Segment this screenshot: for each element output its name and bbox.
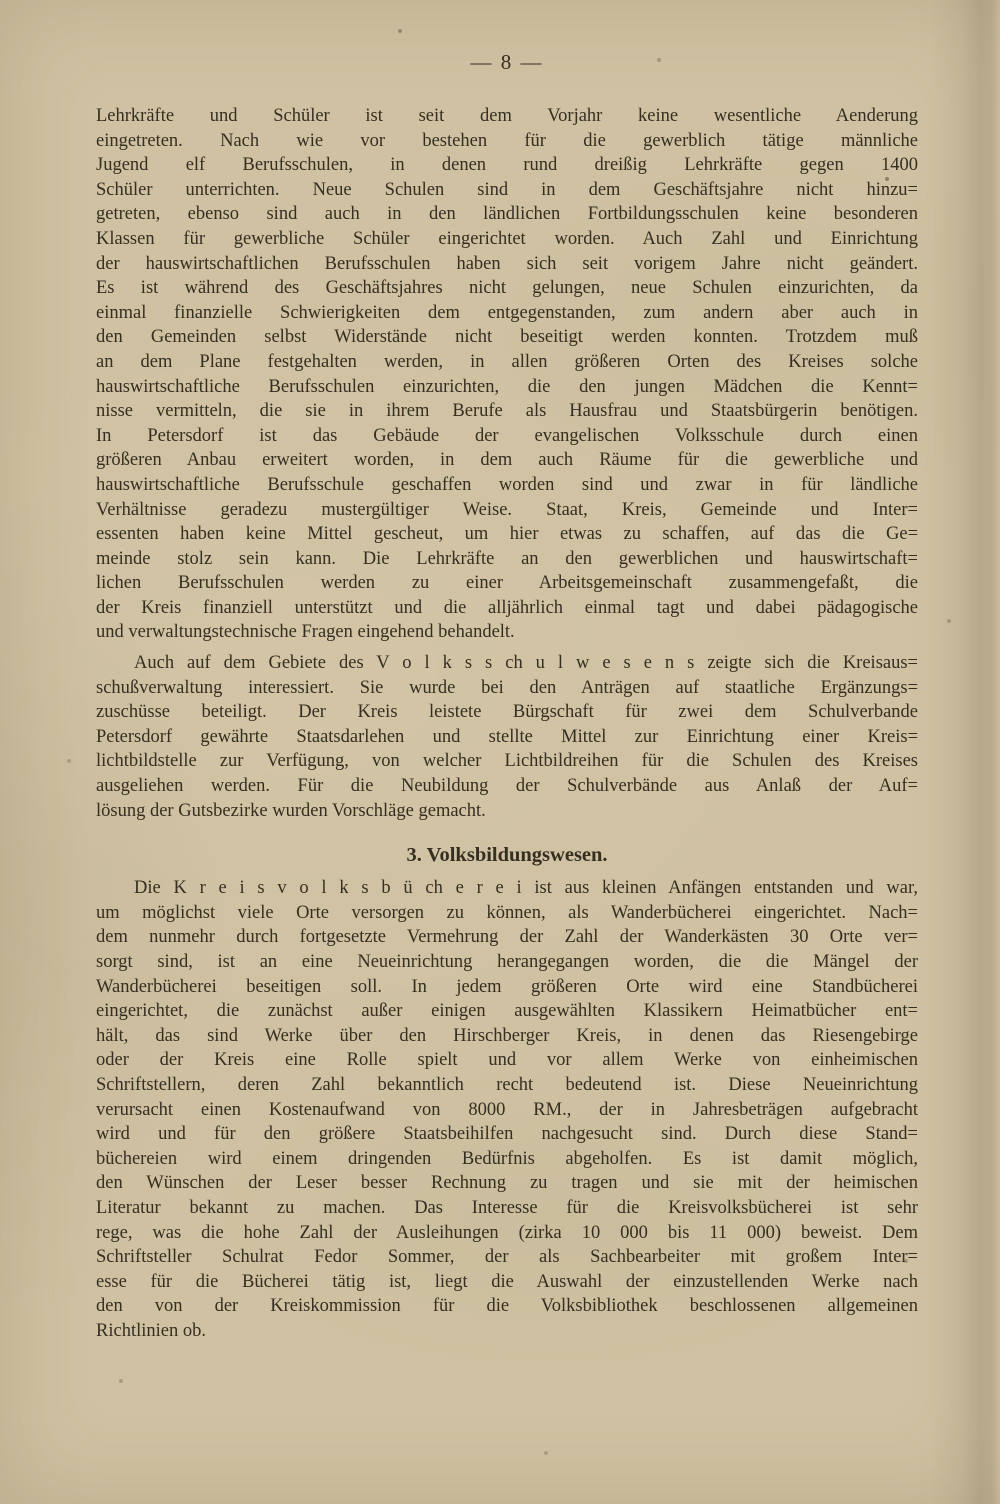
text-line: Petersdorf gewährte Staatsdarlehen und s… bbox=[96, 725, 918, 750]
text-line: lösung der Gutsbezirke wurden Vorschläge… bbox=[96, 799, 918, 824]
text-line: oder der Kreis eine Rolle spielt und vor… bbox=[96, 1048, 918, 1073]
text-line: einmal finanzielle Schwierigkeiten dem e… bbox=[96, 301, 918, 326]
text-line: der Kreis finanziell unterstützt und die… bbox=[96, 596, 918, 621]
scanned-page: — 8 — Lehrkräfte und Schüler ist seit de… bbox=[0, 0, 1000, 1504]
text-line: verursacht einen Kostenaufwand von 8000 … bbox=[96, 1098, 918, 1123]
text-line: büchereien wird einem dringenden Bedürfn… bbox=[96, 1147, 918, 1172]
text-line: hält, das sind Werke über den Hirschberg… bbox=[96, 1024, 918, 1049]
text-line: eingetreten. Nach wie vor bestehen für d… bbox=[96, 129, 918, 154]
text-line: hauswirtschaftliche Berufsschule geschaf… bbox=[96, 473, 918, 498]
text-line: nisse vermitteln, die sie in ihrem Beruf… bbox=[96, 399, 918, 424]
text-line: Die K r e i s v o l k s b ü ch e r e i i… bbox=[96, 876, 918, 901]
text-line: eingerichtet, die zunächst außer einigen… bbox=[96, 999, 918, 1024]
text-line: Wanderbücherei beseitigen soll. In jedem… bbox=[96, 975, 918, 1000]
text-line: ausgeliehen werden. Für die Neubildung d… bbox=[96, 774, 918, 799]
text-line: Schriftsteller Schulrat Fedor Sommer, de… bbox=[96, 1245, 918, 1270]
text-line: hauswirtschaftliche Berufsschulen einzur… bbox=[96, 375, 918, 400]
text-line: Lehrkräfte und Schüler ist seit dem Vorj… bbox=[96, 104, 918, 129]
text-line: lichen Berufsschulen werden zu einer Arb… bbox=[96, 571, 918, 596]
text-line: und verwaltungstechnische Fragen eingehe… bbox=[96, 620, 918, 645]
text-line: wird und für den größere Staatsbeihilfen… bbox=[96, 1122, 918, 1147]
paragraph: Auch auf dem Gebiete des V o l k s s ch … bbox=[96, 651, 918, 823]
paper-specks bbox=[0, 0, 2, 2]
text-line: an dem Plane festgehalten werden, in all… bbox=[96, 350, 918, 375]
text-line: rege, was die hohe Zahl der Ausleihungen… bbox=[96, 1221, 918, 1246]
text-line: der hauswirtschaftlichen Berufsschulen h… bbox=[96, 252, 918, 277]
page-number: — 8 — bbox=[96, 50, 918, 75]
text-line: den von der Kreiskommission für die Volk… bbox=[96, 1294, 918, 1319]
text-line: Jugend elf Berufsschulen, in denen rund … bbox=[96, 153, 918, 178]
text-line: dem nunmehr durch fortgesetzte Vermehrun… bbox=[96, 925, 918, 950]
text-line: getreten, ebenso sind auch in den ländli… bbox=[96, 202, 918, 227]
text-line: Richtlinien ob. bbox=[96, 1319, 918, 1344]
text-line: meinde stolz sein kann. Die Lehrkräfte a… bbox=[96, 547, 918, 572]
paragraph: Lehrkräfte und Schüler ist seit dem Vorj… bbox=[96, 104, 918, 645]
text-line: Klassen für gewerbliche Schüler eingeric… bbox=[96, 227, 918, 252]
text-line: Schriftstellern, deren Zahl bekanntlich … bbox=[96, 1073, 918, 1098]
page-text-block: Lehrkräfte und Schüler ist seit dem Vorj… bbox=[96, 104, 918, 1344]
page-edge-shadow bbox=[930, 0, 1000, 1504]
text-line: schußverwaltung interessiert. Sie wurde … bbox=[96, 676, 918, 701]
text-line: Schüler unterrichten. Neue Schulen sind … bbox=[96, 178, 918, 203]
text-line: Es ist während des Geschäftsjahres nicht… bbox=[96, 276, 918, 301]
text-line: Verhältnisse geradezu mustergültiger Wei… bbox=[96, 498, 918, 523]
text-line: lichtbildstelle zur Verfügung, von welch… bbox=[96, 749, 918, 774]
text-line: essenten haben keine Mittel gescheut, um… bbox=[96, 522, 918, 547]
text-line: In Petersdorf ist das Gebäude der evange… bbox=[96, 424, 918, 449]
text-line: zuschüsse beteiligt. Der Kreis leistete … bbox=[96, 700, 918, 725]
text-line: größeren Anbau erweitert worden, in dem … bbox=[96, 448, 918, 473]
paragraph: Die K r e i s v o l k s b ü ch e r e i i… bbox=[96, 876, 918, 1343]
text-line: Literatur bekannt zu machen. Das Interes… bbox=[96, 1196, 918, 1221]
text-line: den Wünschen der Leser besser Rechnung z… bbox=[96, 1171, 918, 1196]
text-line: esse für die Bücherei tätig ist, liegt d… bbox=[96, 1270, 918, 1295]
text-line: um möglichst viele Orte versorgen zu kön… bbox=[96, 901, 918, 926]
text-line: sorgt sind, ist an eine Neueinrichtung h… bbox=[96, 950, 918, 975]
section-heading: 3. Volksbildungswesen. bbox=[96, 842, 918, 868]
text-line: den Gemeinden selbst Widerstände nicht b… bbox=[96, 325, 918, 350]
text-line: Auch auf dem Gebiete des V o l k s s ch … bbox=[96, 651, 918, 676]
